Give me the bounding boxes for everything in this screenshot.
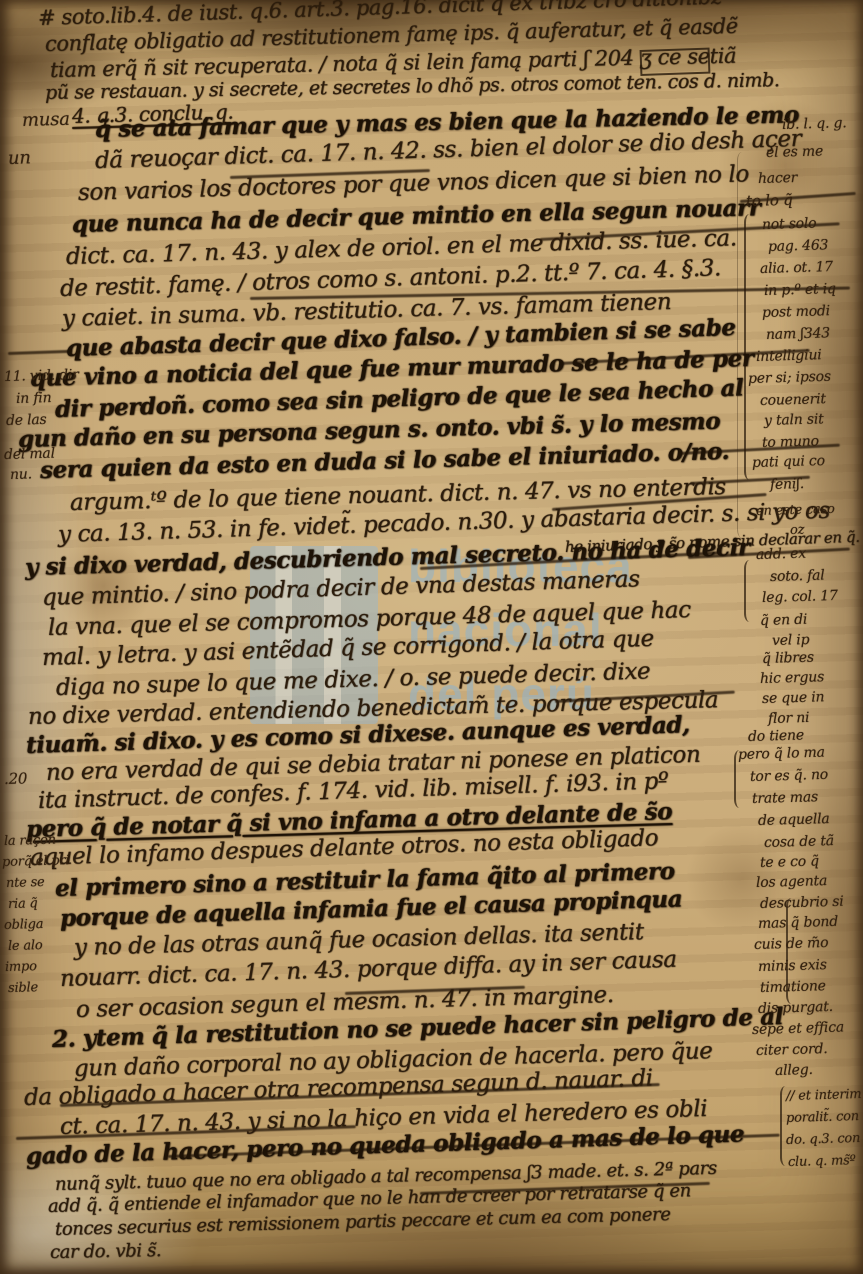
right-margin-note: vel ip [772, 633, 810, 648]
right-margin-note: timatione [760, 979, 826, 995]
left-margin-note: .20 [4, 771, 28, 787]
right-margin-note: cuis de m̃o [754, 936, 829, 952]
right-margin-note: te e co q̃ [760, 854, 819, 870]
left-margin-note: le alo [8, 939, 43, 953]
right-margin-note: q̃ en di [760, 613, 808, 628]
right-margin-note: do. q.3. con [786, 1132, 861, 1147]
right-margin-note: ib. l. q. g. [782, 116, 847, 132]
right-margin-note: minis exis [758, 958, 827, 974]
left-margin-note: in fin [16, 391, 52, 406]
right-margin-note: en este caso [756, 503, 835, 518]
right-margin-note: do tiene [748, 728, 804, 744]
right-margin-note: post modi [762, 304, 830, 320]
right-margin-note: soto. fal [770, 568, 825, 584]
right-margin-note: cosa de tã [764, 834, 834, 850]
right-margin-note: clu. q. ms̃º [788, 1154, 856, 1169]
right-margin-note: tor es q̃. no [750, 768, 828, 784]
left-margin-note: la raçon [4, 834, 56, 848]
left-margin-note: 11. vid. dir [4, 368, 79, 384]
right-margin-note: hacer [758, 171, 798, 186]
left-margin-note: obliga [4, 918, 44, 932]
right-margin-note: pero q̃ lo ma [738, 746, 825, 762]
right-margin-note: pag. 463 [768, 238, 829, 254]
manuscript-page: biblioteca nacional del perú # soto.lib.… [0, 0, 863, 1274]
right-margin-note: oz [790, 524, 805, 537]
left-margin-note: impo [5, 960, 37, 974]
left-margin-note: ria q̃ [8, 897, 38, 911]
right-margin-note: feniʃ. [770, 477, 804, 492]
right-margin-note: intelligiui [756, 348, 822, 364]
left-margin-note: sible [8, 981, 38, 995]
right-margin-note: trate mas [752, 790, 818, 806]
right-margin-note: citer cord. [756, 1042, 828, 1058]
right-margin-note: el es me [766, 144, 823, 160]
left-margin-note: de las [6, 413, 47, 428]
right-margin-note: in p.º et iq [764, 282, 836, 298]
right-margin-note: not solo [762, 216, 817, 232]
left-margin-note: un [8, 149, 31, 168]
right-margin-note: nam ʃ343 [766, 326, 830, 342]
right-margin-note: add. ex [756, 547, 806, 562]
right-margin-note: descubrio si [760, 895, 844, 911]
right-margin-note: couenerit [760, 392, 826, 408]
right-margin-note: leg. col. 17 [762, 589, 838, 605]
right-margin-note: hic ergus [760, 670, 825, 686]
left-margin-note: musa [22, 111, 70, 130]
right-margin-note: to muno [762, 434, 819, 450]
right-margin-note: de aquella [758, 812, 830, 828]
right-margin-note: alleg. [775, 1063, 813, 1078]
right-margin-note: per si; ipsos [748, 370, 831, 386]
left-margin-note: nte se [6, 876, 45, 890]
right-margin-note: flor ni [768, 711, 810, 726]
right-margin-note: dis purgat. [758, 1000, 833, 1016]
right-margin-note: q̃ libres [762, 651, 814, 666]
handwriting-layer: # soto.lib.4. de iust. q.6. art.3. pag.1… [0, 0, 863, 1274]
right-margin-note: y taln sit [764, 412, 824, 428]
left-margin-note: porq̃ el pri [2, 854, 70, 869]
right-margin-note: los agenta [756, 874, 827, 890]
right-margin-note: poralit̃. con [786, 1110, 859, 1125]
left-margin-note: nu. [10, 467, 32, 482]
right-margin-note: alia. ot. 17 [760, 260, 833, 276]
manuscript-line: car do. vbi s̃. [50, 1242, 161, 1262]
right-margin-note: to lo q̃ [746, 193, 793, 209]
right-margin-note: se que in [762, 690, 825, 706]
right-margin-note: pati qui co [752, 454, 825, 470]
right-margin-note: sepe et effica [752, 1020, 844, 1037]
right-margin-note: // et interim [786, 1088, 862, 1103]
left-margin-note: del mal [4, 447, 55, 462]
right-margin-note: mas q̃ bond [758, 915, 838, 931]
